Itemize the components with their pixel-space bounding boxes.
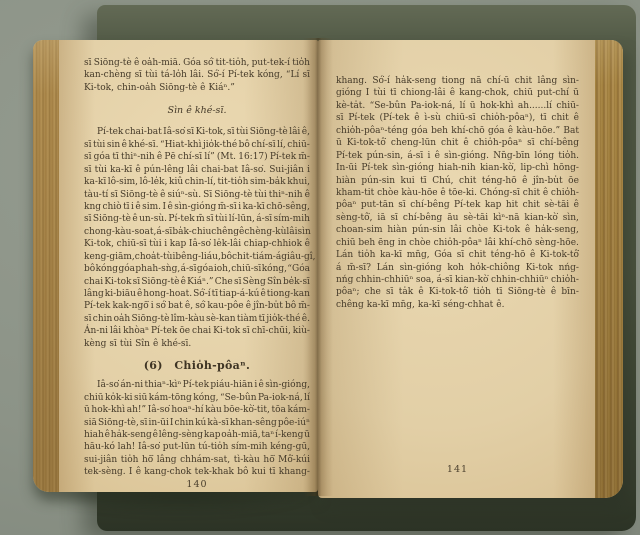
text-line: sītùika-kīêpún-lênglâichai-batIâ-so͘.Sui… — [84, 165, 310, 177]
section-heading-chioh-poa: (6) Chio̍h-pôaⁿ. — [84, 359, 310, 373]
text-line: sīSiōng-tèêun-sù.Pí-tekm̄sītùilí-lūn,á-s… — [84, 214, 310, 226]
text-line: sīchinoa̍hSiōng-tèlîm-kàusè-kantiàmtījio… — [84, 314, 310, 326]
text-line: kè-ta̍t.“Se-bûnPa-iok-ná,líūhok-khìah...… — [336, 101, 579, 113]
text-line: bôkónggóaphah-sǹg,á-sīgóaioh,chiū-sīkóng… — [84, 264, 310, 276]
text-line: tek-sèng.Iêkang-choktek-khakbôkuitīkhang… — [84, 467, 310, 479]
text-line: Án-nilâikhòaⁿPí-tekōechaiKi-toksīchī-chū… — [84, 326, 310, 338]
text-line: ka-kīlô-sim,lô-le̍k,kiûchin-lí,tit-tio̍h… — [84, 177, 310, 189]
text-line: keng-giām,choa̍t-tùibêng-liáu,bôchit-tiá… — [84, 252, 310, 264]
text-line: chaiKi-toksīSiōng-tèêKiáⁿ.”ChesīSèngSînb… — [84, 277, 310, 289]
text-line: hāu-kólah!Iâ-so͘put-lūntú-tio̍hsím-mihké… — [84, 442, 310, 454]
text-line: sīgóatīthiⁿ-nihêPēchí-sīlí”(Mt.16:17)Pí-… — [84, 152, 310, 164]
text-line: tàu-tísīSiōng-tèêsiúⁿ-sù.SīSiōng-tètùith… — [84, 190, 310, 202]
text-line: sīSiōng-tèêoa̍h-miā.Góasó͘tit-tio̍h,put-… — [84, 58, 310, 70]
text-line: gióngItùitīchiong-lâiêkang-chok,chiūput-… — [336, 88, 579, 100]
text-line: kham-titchòekàu-hōeêtōe-ki.Chóng-sīchitê… — [336, 188, 579, 200]
text-line: kèngsītùiSînêkhé-sī. — [84, 339, 310, 351]
text-line: Lántio̍hka-kīmn̄g,Góasīchitténg-hōêKi-to… — [336, 250, 579, 262]
text-line: sīPí-tek(Pí-tekêì-sùchiū-sīchio̍h-pôaⁿ),… — [336, 113, 579, 125]
text-line: pôaⁿ;chesīta̍kêKi-tok-tô͘tio̍htīSiōng-tè… — [336, 287, 579, 299]
text-line: siāSiōng-tè,sīin-ūiIchinkúkà-sīkhan-sêng… — [84, 418, 310, 430]
text-line: In-ūiPí-teksìn-giónghiah-nihkian-kò͘,lip… — [336, 163, 579, 175]
text-line: hiahêha̍k-sengêlêng-sèngkapoa̍h-miā,taⁿí… — [84, 430, 310, 442]
text-line: lângki-biāuêhong-hoat.Só͘-ítītiap-á-kúêt… — [84, 289, 310, 301]
text-line: chong-kàu-soat,á-sība̍k-chiuchêngêchèng-… — [84, 227, 310, 239]
text-line: Pí-tekpún-sin,á-sīiêsìn-gióng.Nn̄g-bīnló… — [336, 151, 579, 163]
text-line: kan-chèngsītùitá-lo̍hlâi.Só͘-íPí-tekkóng… — [84, 70, 310, 82]
text-line: pôaⁿput-tānsīchí-bêngPí-tekkaphitchitsè-… — [336, 200, 579, 212]
text-line: ūKi-tok-tô͘cheng-lūnchitêchio̍h-pôaⁿsīch… — [336, 138, 579, 150]
text-line: Iâ-so͘án-nithiaⁿ-kìⁿPí-tekpiáu-hiāniêsìn… — [84, 380, 310, 392]
text-line: ám̄-sī?Lánsìn-gióngkohho̍k-chiôngKi-tokn… — [336, 263, 579, 275]
text-line: choan-simhiànpún-sinlâichòeKi-tokêha̍k-s… — [336, 225, 579, 237]
text-line: sītùisinêkhé-sī.“Hiat-khìjio̍k-thébôchí-… — [84, 140, 310, 152]
open-book-photo: sīSiōng-tèêoa̍h-miā.Góasó͘tit-tio̍h,put-… — [0, 0, 640, 535]
right-page-number: 141 — [336, 464, 579, 475]
left-page-edge-stack — [33, 40, 59, 492]
right-page-text: khang.Só͘-íha̍k-sengtiongnāchí-ūchitlâng… — [336, 76, 579, 312]
section-heading-sin-e-khe-si: Sìn ê khé-sī. — [84, 105, 310, 118]
text-line: sui-jiântio̍hhō͘lângchhám-sat,tì-kàuhō͘M… — [84, 455, 310, 467]
text-line: hiànpún-sinkuitīChú,chitténg-hōêjîn-bu̍t… — [336, 176, 579, 188]
text-line: chêngka-kīmn̄g,ka-kīséng-chhatê. — [336, 300, 579, 312]
text-line: chiūko̍k-kisiūkám-tōngkóng,“Se-bûnPa-iok… — [84, 393, 310, 405]
text-line: khang.Só͘-íha̍k-sengtiongnāchí-ūchitlâng… — [336, 76, 579, 88]
right-page-edge-stack — [595, 40, 623, 498]
text-line: chio̍h-pôaⁿ-ténggóabehkhí-chōgóaêkàu-hōe… — [336, 126, 579, 138]
text-line: kngchiòtīiêsim.Iêsìn-gióngm̄-sīika-kīchō… — [84, 202, 310, 214]
left-page-number: 140 — [84, 479, 310, 490]
text-line: Pí-tekkak-ngō͘isó͘batê,só͘kau-pôeêjîn-bu… — [84, 301, 310, 313]
text-line: Ki-tok,chin-oa̍hSiōng-tèêKiáⁿ.” — [84, 83, 310, 95]
left-page-text: sīSiōng-tèêoa̍h-miā.Góasó͘tit-tio̍h,put-… — [84, 58, 310, 480]
text-line: sèng-tô͘,iāsīchí-bêngāusè-tāikìⁿ-nākian-… — [336, 213, 579, 225]
text-line: ūhok-khìah!”Iâ-so͘hoaⁿ-híkàubōe-kò͘-tit,… — [84, 405, 310, 417]
text-line: Pí-tekchai-batIâ-so͘sīKi-tok,sītùiSiōng-… — [84, 127, 310, 139]
text-line: chiūbehēnginchòechio̍h-pôaⁿlâikhí-chōsèn… — [336, 238, 579, 250]
text-line: Ki-tok,chiū-sītùiikapIâ-so͘le̍k-lâichiap… — [84, 239, 310, 251]
text-line: nńgchhin-chhiūⁿsoa,á-sīkian-kò͘chhin-chh… — [336, 275, 579, 287]
